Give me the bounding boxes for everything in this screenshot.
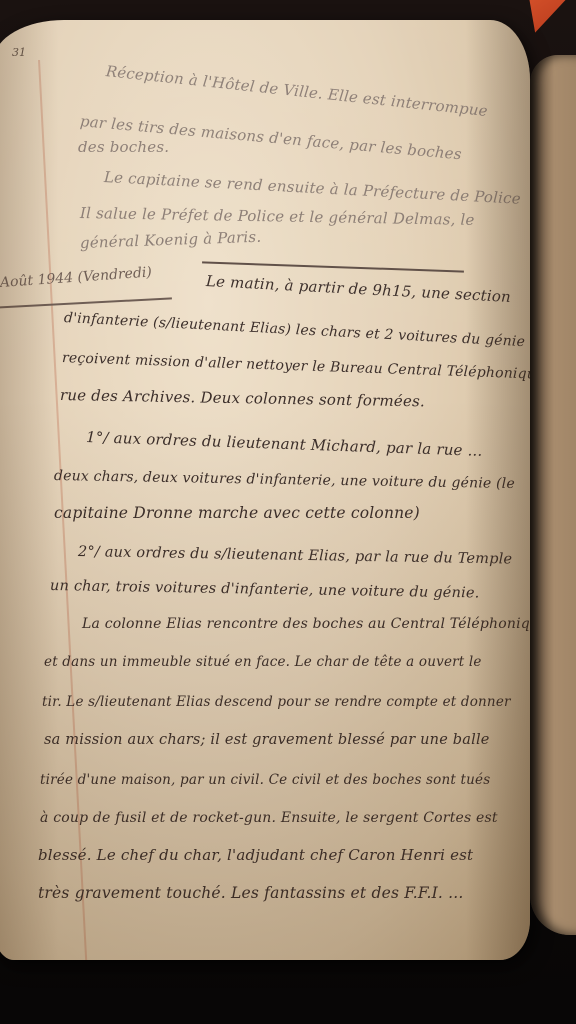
red-bookmark-tab [518, 0, 570, 38]
entry-line-6: deux chars, deux voitures d'infanterie, … [54, 468, 515, 492]
entry-line-14: tirée d'une maison, par un civil. Ce civ… [40, 772, 490, 788]
entry-line-4: rue des Archives. Deux colonnes sont for… [60, 386, 425, 410]
entry-line-10: La colonne Elias rencontre des boches au… [82, 616, 530, 632]
entry-line-8: 2°/ aux ordres du s/lieutenant Elias, pa… [78, 544, 513, 568]
entry-separator [202, 261, 464, 272]
prev-line-1: Réception à l'Hôtel de Ville. Elle est i… [105, 62, 489, 120]
diary-page: 31 Réception à l'Hôtel de Ville. Elle es… [0, 20, 530, 960]
entry-line-15: à coup de fusil et de rocket-gun. Ensuit… [40, 810, 498, 826]
entry-line-9: un char, trois voitures d'infanterie, un… [50, 578, 480, 601]
adjacent-page-edge [530, 55, 576, 935]
entry-line-5: 1°/ aux ordres du lieutenant Michard, pa… [86, 428, 483, 460]
page-number: 31 [12, 46, 26, 59]
entry-line-11: et dans un immeuble situé en face. Le ch… [44, 654, 482, 670]
entry-line-1: Le matin, à partir de 9h15, une section [206, 272, 512, 306]
entry-date: Août 1944 (Vendredi) [0, 264, 152, 291]
prev-line-4: Le capitaine se rend ensuite à la Préfec… [104, 168, 522, 208]
prev-line-6: général Koenig à Paris. [80, 228, 262, 252]
entry-line-2: d'infanterie (s/lieutenant Elias) les ch… [64, 310, 526, 350]
entry-line-13: sa mission aux chars; il est gravement b… [44, 732, 490, 748]
entry-line-7: capitaine Dronne marche avec cette colon… [54, 504, 420, 522]
entry-line-12: tir. Le s/lieutenant Elias descend pour … [42, 694, 511, 710]
entry-line-17: très gravement touché. Les fantassins et… [38, 884, 464, 902]
prev-line-5: Il salue le Préfet de Police et le génér… [80, 204, 475, 229]
prev-line-3: des boches. [78, 138, 169, 156]
date-underline [0, 297, 172, 308]
photo-scene: 31 Réception à l'Hôtel de Ville. Elle es… [0, 0, 576, 1024]
entry-line-16: blessé. Le chef du char, l'adjudant chef… [38, 846, 473, 864]
entry-line-3: reçoivent mission d'aller nettoyer le Bu… [62, 350, 530, 383]
